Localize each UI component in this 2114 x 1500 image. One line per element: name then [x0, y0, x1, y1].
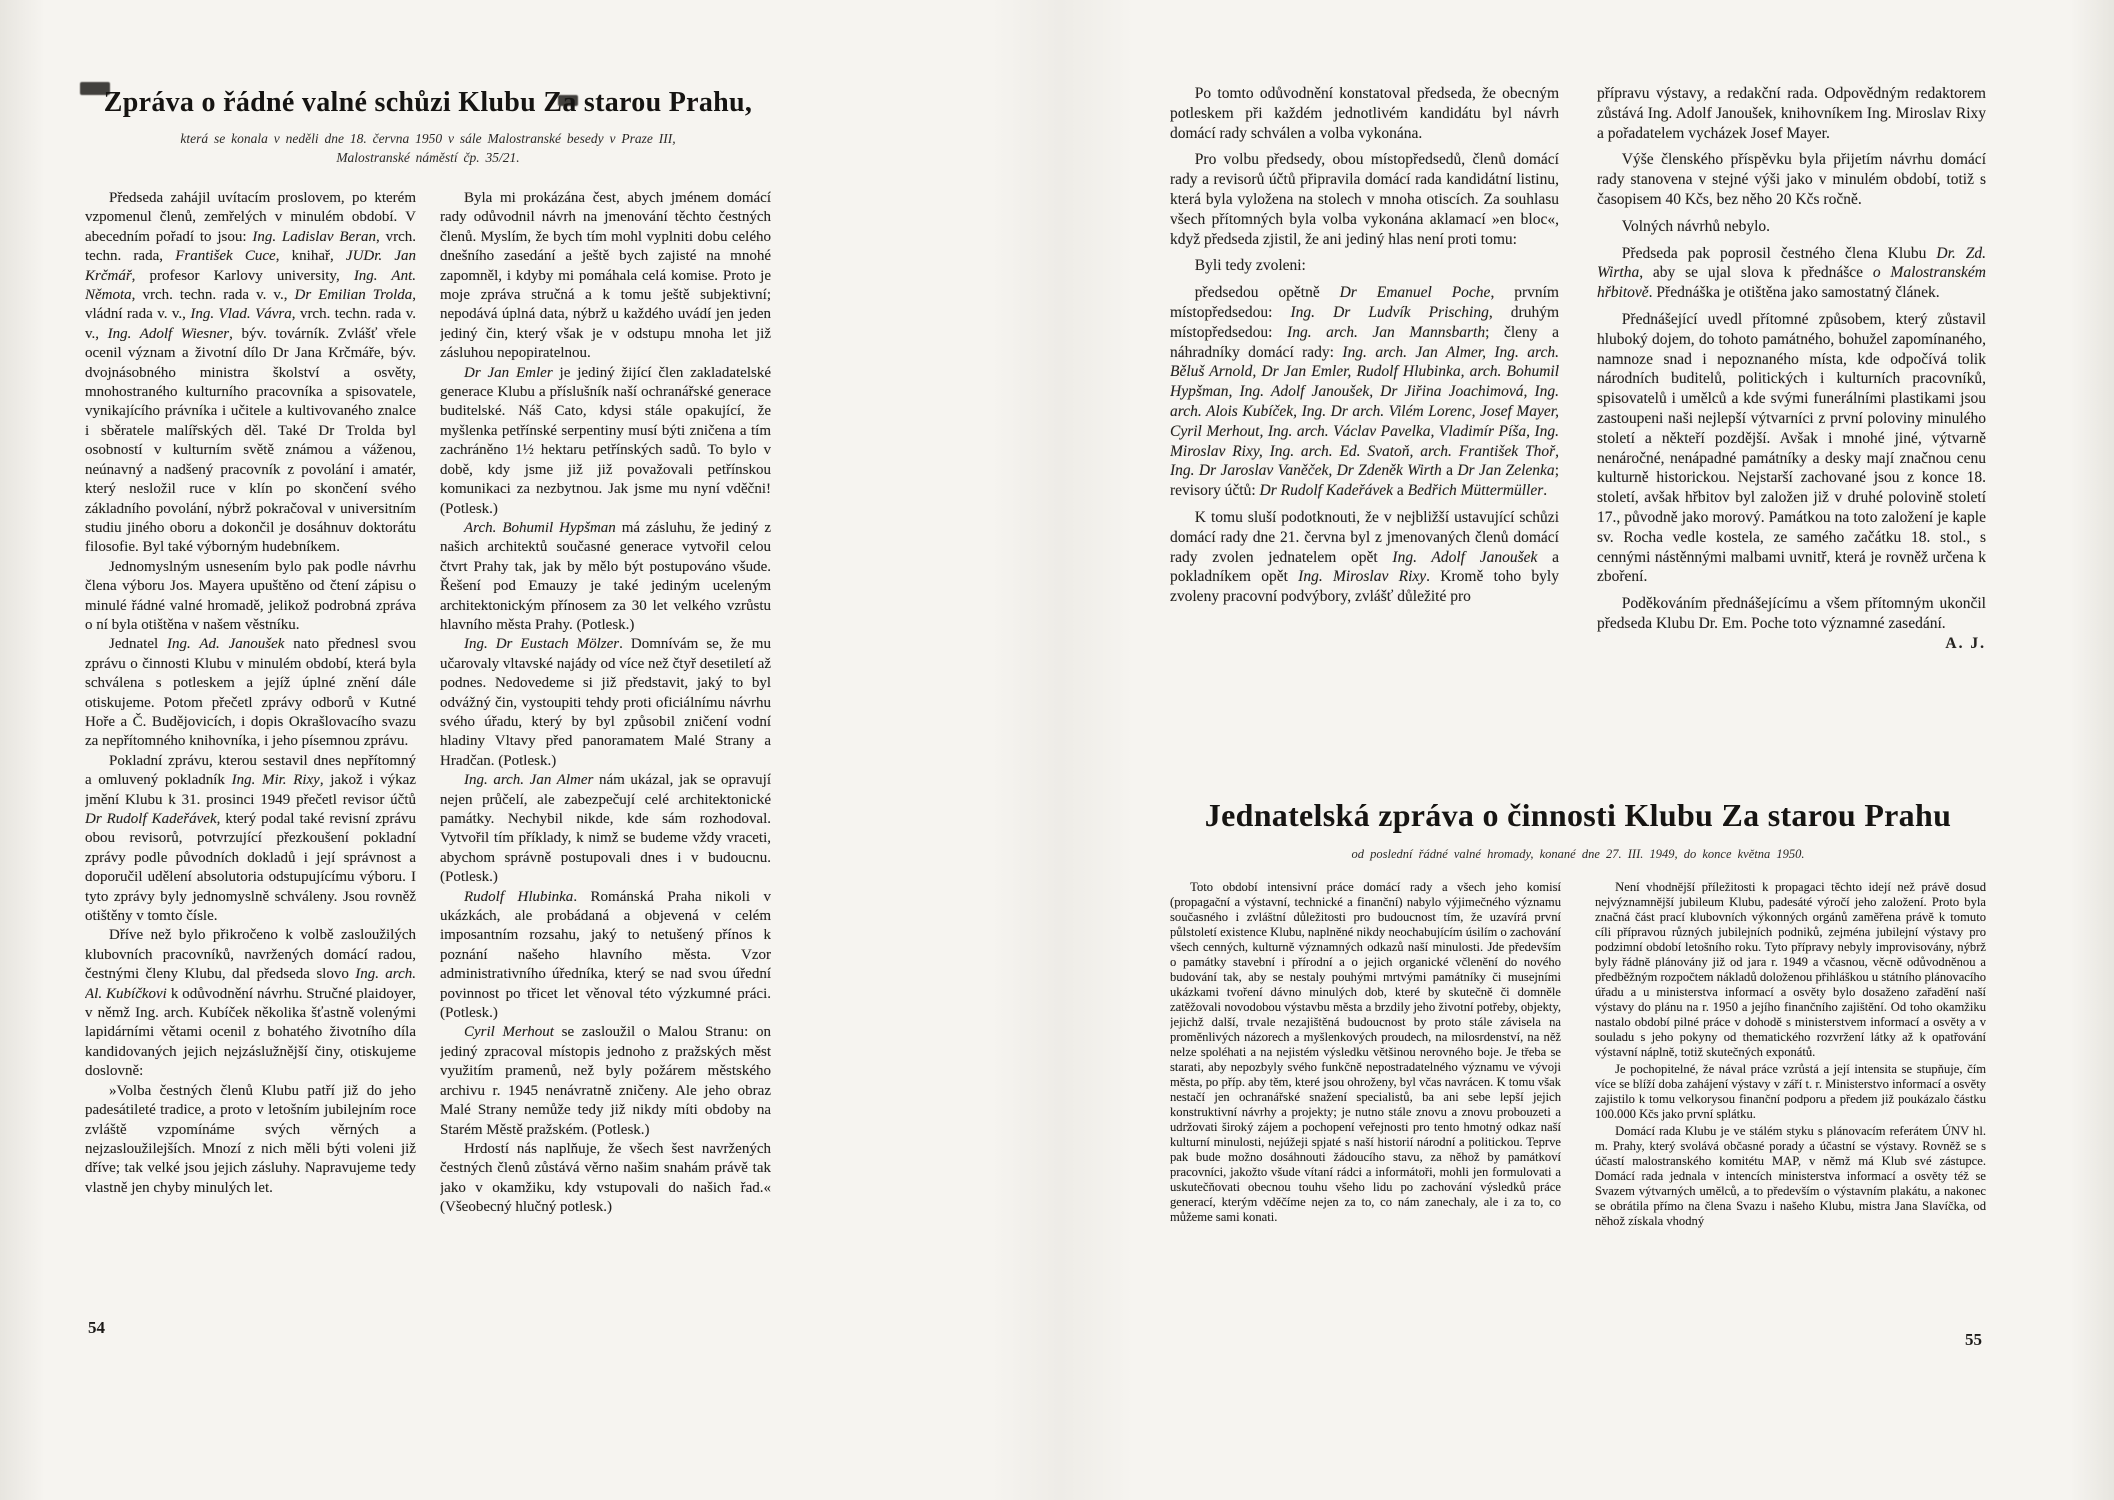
paragraph: Není vhodnější příležitosti k propagaci …	[1595, 880, 1986, 1060]
paragraph: Toto období intensivní práce domácí rady…	[1170, 880, 1561, 1225]
article2-title: Jednatelská zpráva o činnosti Klubu Za s…	[1170, 796, 1986, 834]
paragraph: Výše členského příspěvku byla přijetím n…	[1597, 150, 1986, 209]
paragraph: Hrdostí nás naplňuje, že všech šest navr…	[440, 1140, 771, 1218]
paragraph: Předseda pak poprosil čestného člena Klu…	[1597, 244, 1986, 303]
paragraph: Ing. Dr Eustach Mölzer. Domnívám se, že …	[440, 635, 771, 771]
paragraph: »Volba čestných členů Klubu patří již do…	[85, 1082, 416, 1198]
paragraph: Jednatel Ing. Ad. Janoušek nato přednesl…	[85, 635, 416, 751]
paragraph: Pokladní zprávu, kterou sestavil dnes ne…	[85, 752, 416, 927]
article2-column-1: Toto období intensivní práce domácí rady…	[1170, 880, 1561, 1455]
article2-column-2: Není vhodnější příležitosti k propagaci …	[1595, 880, 1986, 1455]
paragraph: přípravu výstavy, a redakční rada. Odpov…	[1597, 84, 1986, 143]
paragraph: Rudolf Hlubinka. Románská Praha nikoli v…	[440, 888, 771, 1024]
article1-subtitle-line1: která se konala v neděli dne 18. června …	[85, 129, 771, 148]
article1-subtitle: která se konala v neděli dne 18. června …	[85, 129, 771, 167]
paragraph: Přednášející uvedl přítomné způsobem, kt…	[1597, 310, 1986, 587]
article1-title: Zpráva o řádné valné schůzi Klubu Za sta…	[85, 86, 771, 120]
article2: Jednatelská zpráva o činnosti Klubu Za s…	[1170, 796, 1986, 1455]
paragraph: Domácí rada Klubu je ve stálém styku s p…	[1595, 1124, 1986, 1229]
page55-column-2: přípravu výstavy, a redakční rada. Odpov…	[1597, 84, 1986, 724]
paragraph: Byli tedy zvoleni:	[1170, 256, 1559, 276]
paragraph: Je pochopitelné, že nával práce vzrůstá …	[1595, 1062, 1986, 1122]
page55-column-1: Po tomto odůvodnění konstatoval předseda…	[1170, 84, 1559, 724]
paragraph: Arch. Bohumil Hypšman má zásluhu, že jed…	[440, 519, 771, 635]
paragraph: Byla mi prokázána čest, abych jménem dom…	[440, 189, 771, 364]
article2-columns: Toto období intensivní práce domácí rady…	[1170, 880, 1986, 1455]
page-55: Po tomto odůvodnění konstatoval předseda…	[1170, 80, 1986, 724]
page-number-55: 55	[1938, 1330, 1982, 1350]
article1-subtitle-line2: Malostranské náměstí čp. 35/21.	[85, 148, 771, 167]
paragraph: Cyril Merhout se zasloužil o Malou Stran…	[440, 1023, 771, 1139]
page54-columns: Předseda zahájil uvítacím proslovem, po …	[85, 189, 771, 1321]
paragraph: předsedou opětně Dr Emanuel Poche, první…	[1170, 283, 1559, 501]
paragraph: Po tomto odůvodnění konstatoval předseda…	[1170, 84, 1559, 143]
page-54: Zpráva o řádné valné schůzi Klubu Za sta…	[85, 86, 771, 1321]
paragraph: Dříve než bylo přikročeno k volbě zaslou…	[85, 926, 416, 1081]
article2-subtitle: od poslední řádné valné hromady, konané …	[1170, 846, 1986, 862]
page54-column-1: Předseda zahájil uvítacím proslovem, po …	[85, 189, 416, 1321]
paragraph: Volných návrhů nebylo.	[1597, 217, 1986, 237]
page54-column-2: Byla mi prokázána čest, abych jménem dom…	[440, 189, 771, 1321]
page-number-54: 54	[88, 1318, 105, 1338]
paragraph: K tomu sluší podotknouti, že v nejbližší…	[1170, 508, 1559, 607]
paragraph: Poděkováním přednášejícímu a všem přítom…	[1597, 594, 1986, 634]
scanned-journal-spread: { "page54": { "number": "54", "title": "…	[0, 0, 2114, 1500]
paragraph: Ing. arch. Jan Almer nám ukázal, jak se …	[440, 771, 771, 887]
paragraph: Dr Jan Emler je jediný žijící člen zakla…	[440, 364, 771, 519]
page55-top-columns: Po tomto odůvodnění konstatoval předseda…	[1170, 84, 1986, 724]
paragraph: Jednomyslným usnesením bylo pak podle ná…	[85, 558, 416, 636]
paragraph: Předseda zahájil uvítacím proslovem, po …	[85, 189, 416, 558]
paragraph: Pro volbu předsedy, obou místopředsedů, …	[1170, 150, 1559, 249]
